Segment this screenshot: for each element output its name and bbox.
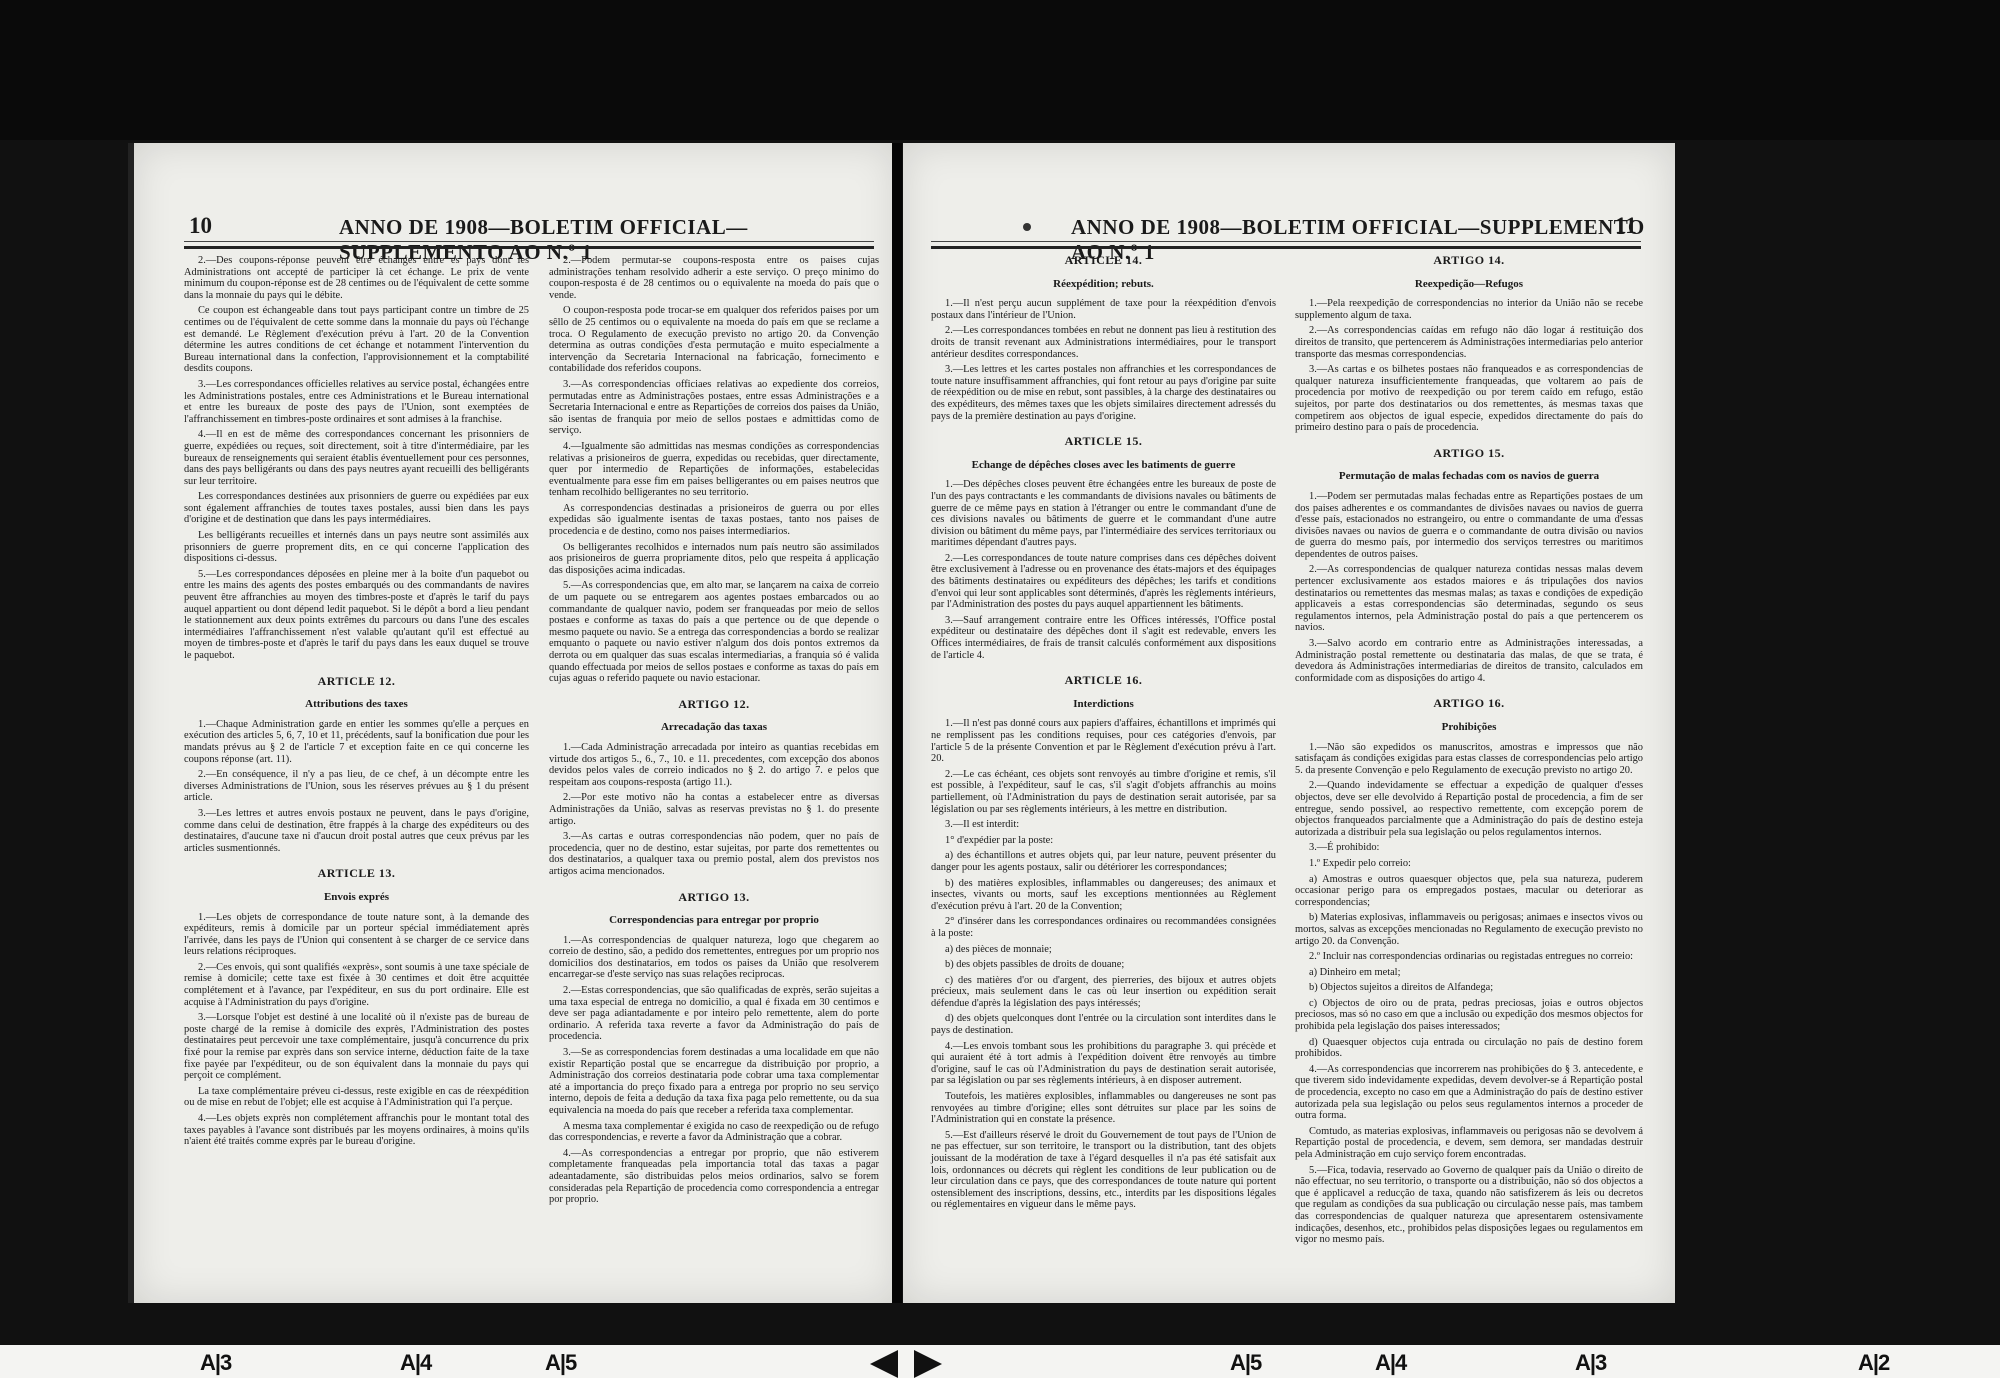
film-marker: A|5 <box>1230 1350 1261 1376</box>
page-number: 11 <box>1615 213 1637 239</box>
page-number: 10 <box>189 213 212 239</box>
paragraph: 2.—En conséquence, il n'y a pas lieu, de… <box>184 769 529 804</box>
paragraph: a) Amostras e outros quaesquer objectos … <box>1295 874 1643 909</box>
paragraph: 2.—Por este motivo não ha contas a estab… <box>549 792 879 827</box>
article-subtitle: Arrecadação das taxas <box>549 722 879 734</box>
film-marker: A|4 <box>1375 1350 1406 1376</box>
paragraph: 4.—Les objets exprès non complétement af… <box>184 1113 529 1148</box>
paragraph: 1.—Não são expedidos os manuscritos, amo… <box>1295 742 1643 777</box>
paragraph: d) des objets quelconques dont l'entrée … <box>931 1013 1276 1036</box>
paragraph: A mesma taxa complementar é exigida no c… <box>549 1121 879 1144</box>
paragraph: c) Objectos de oiro ou de prata, pedras … <box>1295 998 1643 1033</box>
microfilm-bottom-strip <box>0 1345 2000 1378</box>
portuguese-column: 2.—Podem permutar-se coupons-resposta en… <box>549 255 879 1210</box>
header-rule <box>184 246 874 249</box>
paragraph: 1.—Cada Administração arrecadada por int… <box>549 742 879 788</box>
film-marker: A|3 <box>200 1350 231 1376</box>
paragraph: 1.—Il n'est perçu aucun supplément de ta… <box>931 298 1276 321</box>
article-heading: ARTIGO 14. <box>1295 255 1643 267</box>
film-marker: A|4 <box>400 1350 431 1376</box>
paragraph: a) Dinheiro em metal; <box>1295 967 1643 979</box>
article-subtitle: Réexpédition; rebuts. <box>931 279 1276 291</box>
article-subtitle: Attributions des taxes <box>184 699 529 711</box>
paragraph: 3.—Sauf arrangement contraire entre les … <box>931 615 1276 661</box>
paragraph: 2.—Le cas échéant, ces objets sont renvo… <box>931 769 1276 815</box>
article-heading: ARTICLE 13. <box>184 868 529 880</box>
paragraph: 4.—Il en est de même des correspondances… <box>184 429 529 487</box>
paragraph: 3.—Les correspondances officielles relat… <box>184 379 529 425</box>
french-column: 2.—Des coupons-réponse peuvent être écha… <box>184 255 529 1152</box>
paragraph: 1.º Expedir pelo correio: <box>1295 858 1643 870</box>
article-subtitle: Correspondencias para entregar por propr… <box>549 915 879 927</box>
paragraph: Comtudo, as materias explosivas, inflamm… <box>1295 1126 1643 1161</box>
paragraph: 2.—Ces envois, qui sont qualifiés «exprè… <box>184 962 529 1008</box>
header-rule-thin <box>184 241 874 242</box>
article-subtitle: Prohibições <box>1295 722 1643 734</box>
paragraph: a) des pièces de monnaie; <box>931 944 1276 956</box>
paragraph: 4.—Les envois tombant sous les prohibiti… <box>931 1041 1276 1087</box>
article-heading: ARTICLE 15. <box>931 436 1276 448</box>
article-subtitle: Envois exprés <box>184 892 529 904</box>
paragraph: 2.—As correspondencias caídas em refugo … <box>1295 325 1643 360</box>
paragraph: 2.—Les correspondances de toute nature c… <box>931 553 1276 611</box>
paragraph: 3.—As cartas e outras correspondencias n… <box>549 831 879 877</box>
paragraph: b) des matières explosibles, inflammable… <box>931 878 1276 913</box>
hole-punch-mark <box>1023 223 1031 231</box>
paragraph: 1.—Des dépêches closes peuvent être écha… <box>931 479 1276 549</box>
paragraph: 3.—Se as correspondencias forem destinad… <box>549 1047 879 1117</box>
paragraph: c) des matières d'or ou d'argent, des pi… <box>931 975 1276 1010</box>
paragraph: 1.—Pela reexpedição de correspondencias … <box>1295 298 1643 321</box>
left-page: 10 ANNO DE 1908—BOLETIM OFFICIAL—SUPPLEM… <box>128 143 896 1303</box>
paragraph: d) Quaesquer objectos cuja entrada ou ci… <box>1295 1037 1643 1060</box>
paragraph: 1.—Podem ser permutadas malas fechadas e… <box>1295 491 1643 561</box>
article-subtitle: Reexpedição—Refugos <box>1295 279 1643 291</box>
paragraph: As correspondencias destinadas a prision… <box>549 503 879 538</box>
microfilm-top-border <box>0 0 2000 140</box>
paragraph: 4.—As correspondencias a entregar por pr… <box>549 1148 879 1206</box>
right-page: ANNO DE 1908—BOLETIM OFFICIAL—SUPPLEMENT… <box>903 143 1675 1303</box>
article-subtitle: Interdictions <box>931 699 1276 711</box>
article-heading: ARTIGO 16. <box>1295 698 1643 710</box>
paragraph: b) Objectos sujeitos a direitos de Alfan… <box>1295 982 1643 994</box>
paragraph: 3.—É prohibido: <box>1295 842 1643 854</box>
paragraph: Ce coupon est échangeable dans tout pays… <box>184 305 529 375</box>
header-rule-thin <box>931 241 1641 242</box>
article-heading: ARTICLE 12. <box>184 676 529 688</box>
paragraph: 1.—Les objets de correspondance de toute… <box>184 912 529 958</box>
article-subtitle: Permutação de malas fechadas com os navi… <box>1295 471 1643 483</box>
paragraph: 1.—As correspondencias de qualquer natur… <box>549 935 879 981</box>
paragraph: 1° d'expédier par la poste: <box>931 835 1276 847</box>
paragraph: 3.—Lorsque l'objet est destiné à une loc… <box>184 1012 529 1082</box>
paragraph: 2.—Podem permutar-se coupons-resposta en… <box>549 255 879 301</box>
book-gutter <box>892 143 902 1303</box>
paragraph: 2.—As correspondencias de qualquer natur… <box>1295 564 1643 634</box>
article-subtitle: Echange de dépêches closes avec les bati… <box>931 460 1276 472</box>
paragraph: Toutefois, les matières explosibles, inf… <box>931 1091 1276 1126</box>
paragraph: 5.—Est d'ailleurs réservé le droit du Go… <box>931 1130 1276 1211</box>
paragraph: 2.—Estas correspondencias, que são quali… <box>549 985 879 1043</box>
paragraph: 2.—Des coupons-réponse peuvent être écha… <box>184 255 529 301</box>
paragraph: 3.—Les lettres et les cartes postales no… <box>931 364 1276 422</box>
article-heading: ARTICLE 14. <box>931 255 1276 267</box>
paragraph: 3.—Salvo acordo em contrario entre as Ad… <box>1295 638 1643 684</box>
paragraph: 4.—As correspondencias que incorrerem na… <box>1295 1064 1643 1122</box>
film-marker: A|3 <box>1575 1350 1606 1376</box>
paragraph: 3.—Les lettres et autres envois postaux … <box>184 808 529 854</box>
paragraph: 3.—As correspondencias officiaes relativ… <box>549 379 879 437</box>
article-heading: ARTIGO 12. <box>549 699 879 711</box>
paragraph: 2.º Incluir nas correspondencias ordinar… <box>1295 951 1643 963</box>
paragraph: 5.—Fica, todavia, reservado ao Governo d… <box>1295 1165 1643 1246</box>
film-arrow-left-icon <box>870 1350 898 1378</box>
paragraph: Les correspondances destinées aux prison… <box>184 491 529 526</box>
paragraph: b) Materias explosivas, inflammaveis ou … <box>1295 912 1643 947</box>
film-marker: A|5 <box>545 1350 576 1376</box>
french-column: ARTICLE 14.Réexpédition; rebuts.1.—Il n'… <box>931 255 1276 1215</box>
paragraph: 3.—Il est interdit: <box>931 819 1276 831</box>
portuguese-column: ARTIGO 14.Reexpedição—Refugos1.—Pela ree… <box>1295 255 1643 1250</box>
paragraph: 5.—As correspondencias que, em alto mar,… <box>549 580 879 684</box>
film-arrow-right-icon <box>914 1350 942 1378</box>
paragraph: 1.—Chaque Administration garde en entier… <box>184 719 529 765</box>
paragraph: Os belligerantes recolhidos e internados… <box>549 542 879 577</box>
article-heading: ARTIGO 15. <box>1295 448 1643 460</box>
paragraph: a) des échantillons et autres objets qui… <box>931 850 1276 873</box>
paragraph: O coupon-resposta pode trocar-se em qual… <box>549 305 879 375</box>
article-heading: ARTIGO 13. <box>549 892 879 904</box>
paragraph: 2.—Quando indevidamente se effectuar a e… <box>1295 780 1643 838</box>
paragraph: 2.—Les correspondances tombées en rebut … <box>931 325 1276 360</box>
paragraph: b) des objets passibles de droits de dou… <box>931 959 1276 971</box>
paragraph: La taxe complémentaire préveu ci-dessus,… <box>184 1086 529 1109</box>
paragraph: 3.—As cartas e os bilhetes postaes não f… <box>1295 364 1643 434</box>
article-heading: ARTICLE 16. <box>931 675 1276 687</box>
header-rule <box>931 246 1641 249</box>
paragraph: 1.—Il n'est pas donné cours aux papiers … <box>931 718 1276 764</box>
paragraph: 2° d'insérer dans les correspondances or… <box>931 916 1276 939</box>
paragraph: 4.—Igualmente são admittidas nas mesmas … <box>549 441 879 499</box>
film-marker: A|2 <box>1858 1350 1889 1376</box>
paragraph: 5.—Les correspondances déposées en plein… <box>184 569 529 662</box>
paragraph: Les belligérants recueilles et internés … <box>184 530 529 565</box>
